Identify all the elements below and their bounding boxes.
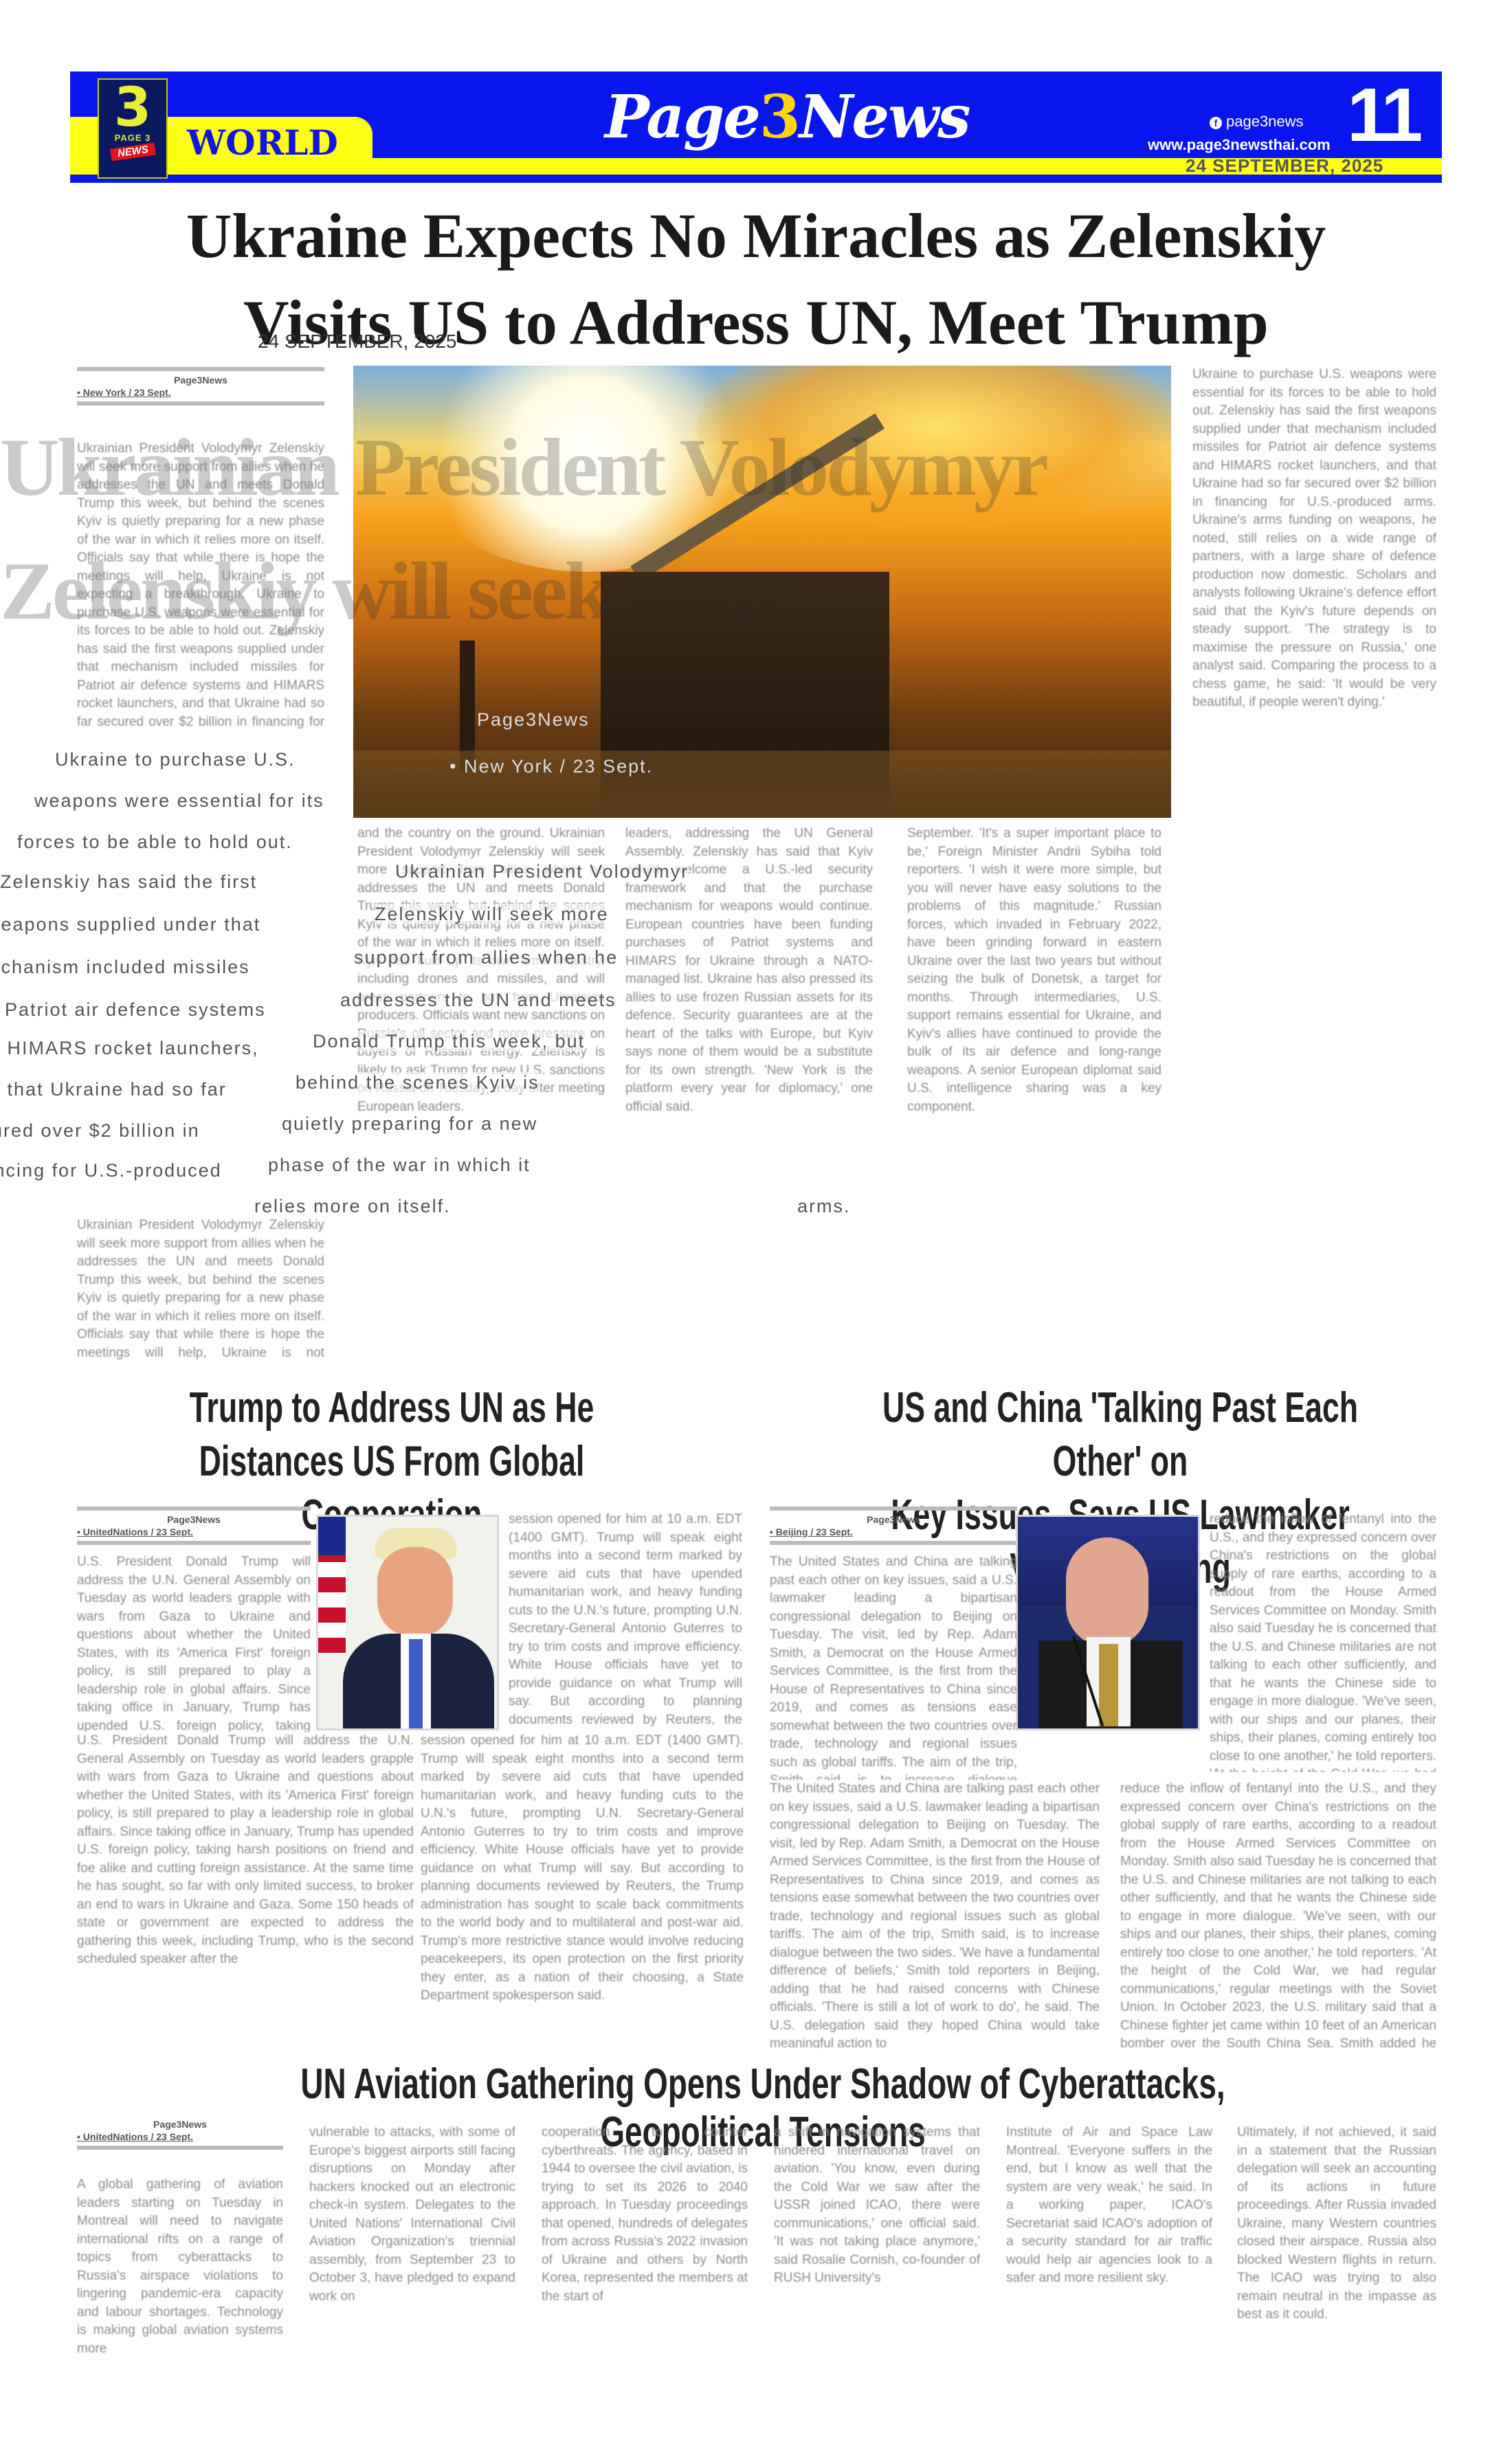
lead-byline: Page3News • New York / 23 Sept.: [77, 364, 324, 408]
aviation-column-2: vulnerable to attacks, with some of Euro…: [309, 2124, 515, 2399]
china-column-2: reduce the inflow of fentanyl into the U…: [1210, 1511, 1436, 1772]
facebook-icon: f: [1210, 117, 1222, 129]
social-handle-text: page3news: [1226, 113, 1304, 130]
byline-rule: [77, 401, 324, 405]
overlay-fragment: Donald Trump this week, but: [313, 1031, 585, 1051]
trump-column-2: session opened for him at 10 a.m. EDT (1…: [509, 1511, 742, 1731]
caption-agency: Page3News: [477, 709, 590, 730]
lead-column-1-cont: Ukrainian President Volodymyr Zelenskiy …: [77, 1216, 324, 1361]
logo-label: PAGE 3: [99, 133, 166, 143]
overlay-fragment: Zelenskiy has said the first: [0, 871, 257, 892]
tie-shape: [409, 1639, 423, 1730]
brand-numeral: 3: [759, 82, 799, 152]
byline-rule: [77, 1541, 311, 1545]
byline-rule: [77, 367, 324, 371]
byline-place: • Beijing / 23 Sept.: [770, 1526, 1017, 1538]
aviation-byline: Page3News • UnitedNations / 23 Sept.: [77, 2118, 283, 2152]
byline-place: • UnitedNations / 23 Sept.: [77, 2130, 283, 2143]
china-column-1: The United States and China are talking …: [770, 1553, 1017, 1780]
overlay-fragment: addresses the UN and meets: [340, 990, 616, 1010]
aviation-column-1: A global gathering of aviation leaders s…: [77, 2176, 283, 2396]
overlay-fragment: arms.: [797, 1196, 851, 1216]
face-shape: [377, 1547, 453, 1636]
overlay-fragment: financing for U.S.-produced: [0, 1160, 222, 1181]
overlay-fragment: behind the scenes Kyiv is: [296, 1072, 540, 1093]
issue-date: 24 SEPTEMBER, 2025: [1186, 157, 1383, 175]
overlay-fragment: for Patriot air defence systems: [0, 999, 266, 1020]
us-flag-canton: [318, 1517, 346, 1555]
social-handle[interactable]: fpage3news: [1210, 113, 1304, 131]
china-column-1-cont: The United States and China are talking …: [770, 1780, 1100, 2048]
lead-headline-line1: Ukraine Expects No Miracles as Zelenskiy: [76, 192, 1436, 279]
overlay-fragment: and that Ukraine had so far: [0, 1079, 227, 1100]
trump-column-1-cont: U.S. President Donald Trump will address…: [77, 1732, 414, 2048]
byline-place: • UnitedNations / 23 Sept.: [77, 1526, 311, 1538]
byline-rule: [77, 2146, 283, 2150]
brand-prefix: Page: [605, 82, 759, 152]
trump-portrait-photo[interactable]: [316, 1515, 499, 1731]
lead-column-1: Ukrainian President Volodymyr Zelenskiy …: [77, 440, 324, 728]
byline-rule: [770, 1506, 1017, 1511]
china-column-2-cont: reduce the inflow of fentanyl into the U…: [1120, 1780, 1436, 2048]
overlay-fragment: quietly preparing for a new: [282, 1113, 537, 1134]
lead-column-4: September. 'It's a super important place…: [907, 825, 1161, 1361]
overlay-fragment: and HIMARS rocket launchers,: [0, 1038, 259, 1058]
aviation-column-6: Ultimately, if not achieved, it said in …: [1237, 2124, 1436, 2399]
section-label: WORLD: [187, 124, 338, 162]
tie-shape: [1099, 1644, 1118, 1726]
page3-logo[interactable]: 3 PAGE 3 NEWS: [98, 78, 168, 179]
caption-place: • New York / 23 Sept.: [449, 756, 653, 777]
china-byline: Page3News • Beijing / 23 Sept.: [770, 1504, 1017, 1548]
overlay-fragment: weapons supplied under that: [0, 914, 260, 935]
byline-agency: Page3News: [77, 1513, 311, 1526]
brand-suffix: News: [799, 82, 970, 152]
overlay-fragment: mechanism included missiles: [0, 957, 250, 977]
byline-agency: Page3News: [77, 2118, 283, 2130]
logo-numeral: 3: [99, 82, 166, 133]
aviation-column-4: a shift in navigation systems that hinde…: [774, 2124, 980, 2399]
byline-agency: Page3News: [77, 374, 324, 386]
overlay-fragment: secured over $2 billion in: [0, 1120, 200, 1141]
aviation-column-3: cooperation to counter cyberthreats. The…: [542, 2124, 748, 2399]
trump-column-1: U.S. President Donald Trump will address…: [77, 1553, 311, 1732]
overlay-fragment: relies more on itself.: [254, 1196, 451, 1216]
website-link[interactable]: www.page3newsthai.com: [1148, 136, 1331, 154]
trump-headline-line1: Trump to Address UN as He: [140, 1381, 644, 1435]
logo-news-tag: NEWS: [110, 143, 156, 162]
lead-column-5: Ukraine to purchase U.S. weapons were es…: [1192, 366, 1436, 1362]
overlay-fragment: Ukraine to purchase U.S.: [55, 749, 296, 770]
page-number: 11: [1347, 74, 1419, 157]
lawmaker-photo[interactable]: [1016, 1515, 1200, 1731]
face-shape: [1066, 1537, 1148, 1647]
brand-wordmark[interactable]: Page3News: [605, 80, 907, 155]
overlay-date: 24 SEPTEMBER, 2025: [258, 331, 456, 352]
overlay-fragment: weapons were essential for its: [34, 790, 324, 811]
overlay-fragment: Zelenskiy will seek more: [375, 904, 609, 924]
lead-column-3: leaders, addressing the UN General Assem…: [625, 825, 873, 1361]
overlay-fragment: Ukrainian President Volodymyr: [395, 861, 689, 882]
byline-rule: [770, 1541, 1017, 1545]
overlay-fragment: forces to be able to hold out.: [17, 832, 293, 852]
aviation-column-5: Institute of Air and Space Law Montreal.…: [1006, 2124, 1212, 2399]
trump-column-2-cont: session opened for him at 10 a.m. EDT (1…: [421, 1732, 744, 2048]
byline-rule: [77, 1506, 311, 1511]
overlay-fragment: phase of the war in which it: [268, 1155, 531, 1175]
byline-place: • New York / 23 Sept.: [77, 386, 324, 399]
byline-agency: Page3News: [770, 1513, 1017, 1526]
lead-headline-line2: Visits US to Address UN, Meet Trump: [76, 279, 1436, 366]
trump-byline: Page3News • UnitedNations / 23 Sept.: [77, 1504, 311, 1548]
overlay-fragment: support from allies when he: [354, 947, 618, 968]
china-headline-line1: US and China 'Talking Past Each Other' o…: [848, 1381, 1392, 1489]
